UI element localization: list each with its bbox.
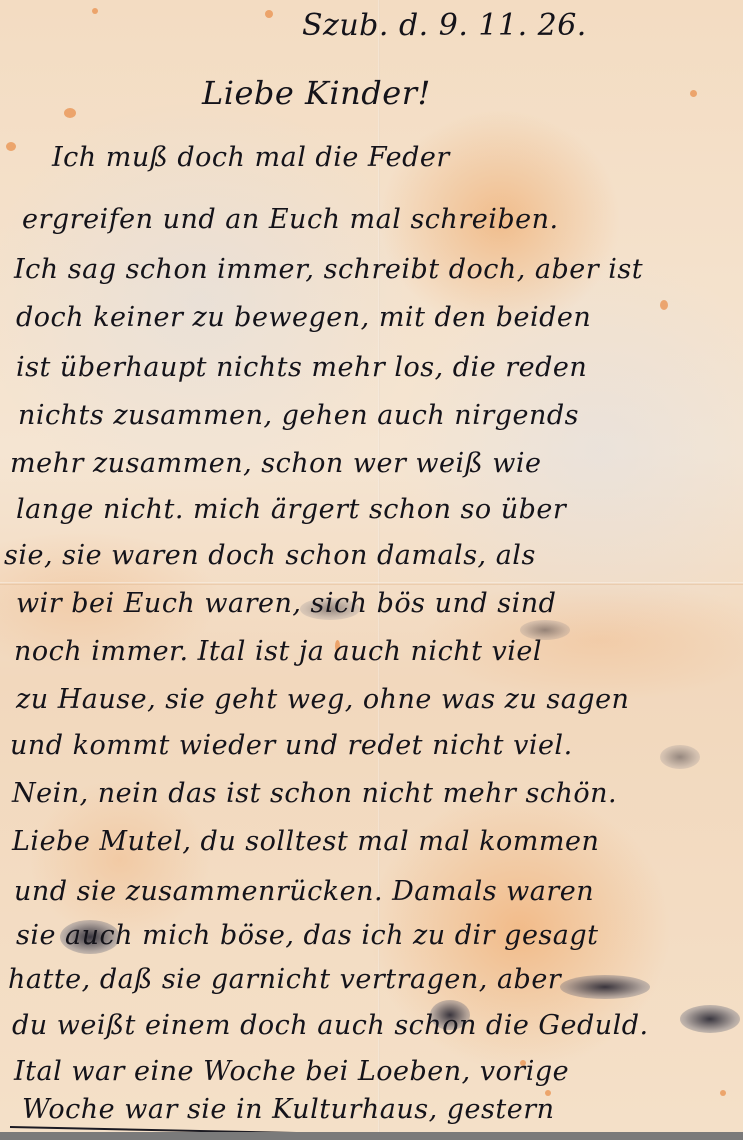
letter-line: Woche war sie in Kulturhaus, gestern (22, 1094, 555, 1125)
rust-spot (690, 90, 697, 97)
rust-spot (265, 10, 273, 18)
letter-line: lange nicht. mich ärgert schon so über (16, 494, 566, 525)
letter-line: Ital war eine Woche bei Loeben, vorige (14, 1056, 569, 1087)
letter-line: und sie zusammenrücken. Damals waren (14, 876, 594, 907)
letter-line: noch immer. Ital ist ja auch nicht viel (14, 636, 542, 667)
rust-spot (660, 300, 668, 310)
letter-line: hatte, daß sie garnicht vertragen, aber (8, 964, 561, 995)
letter-line: mehr zusammen, schon wer weiß wie (10, 448, 542, 479)
rust-spot (6, 142, 16, 151)
letter-line: nichts zusammen, gehen auch nirgends (18, 400, 579, 431)
ink-smudge (560, 975, 650, 999)
bottom-border-bar (0, 1132, 743, 1140)
salutation: Liebe Kinder! (202, 74, 431, 112)
ink-smudge (680, 1005, 740, 1033)
letter-line: sie auch mich böse, das ich zu dir gesag… (16, 920, 599, 951)
rust-spot (720, 1090, 726, 1096)
letter-line: und kommt wieder und redet nicht viel. (10, 730, 573, 761)
letter-line: Liebe Mutel, du solltest mal mal kommen (12, 826, 599, 857)
letter-line: Ich sag schon immer, schreibt doch, aber… (14, 254, 643, 285)
letter-line: zu Hause, sie geht weg, ohne was zu sage… (16, 684, 629, 715)
letter-line: wir bei Euch waren, sich bös und sind (16, 588, 556, 619)
letter-page: Szub. d. 9. 11. 26. Liebe Kinder! Ich mu… (0, 0, 743, 1132)
horizontal-fold-crease (0, 582, 743, 585)
letter-line: ergreifen und an Euch mal schreiben. (22, 204, 559, 235)
place-date-header: Szub. d. 9. 11. 26. (302, 8, 587, 43)
letter-line: ist überhaupt nichts mehr los, die reden (16, 352, 587, 383)
letter-line: Ich muß doch mal die Feder (52, 142, 450, 173)
ink-smudge (660, 745, 700, 769)
rust-spot (64, 108, 76, 118)
letter-line: doch keiner zu bewegen, mit den beiden (16, 302, 591, 333)
letter-line: sie, sie waren doch schon damals, als (4, 540, 536, 571)
letter-line: Nein, nein das ist schon nicht mehr schö… (12, 778, 617, 809)
letter-line: du weißt einem doch auch schon die Gedul… (12, 1010, 649, 1041)
rust-spot (92, 8, 98, 14)
